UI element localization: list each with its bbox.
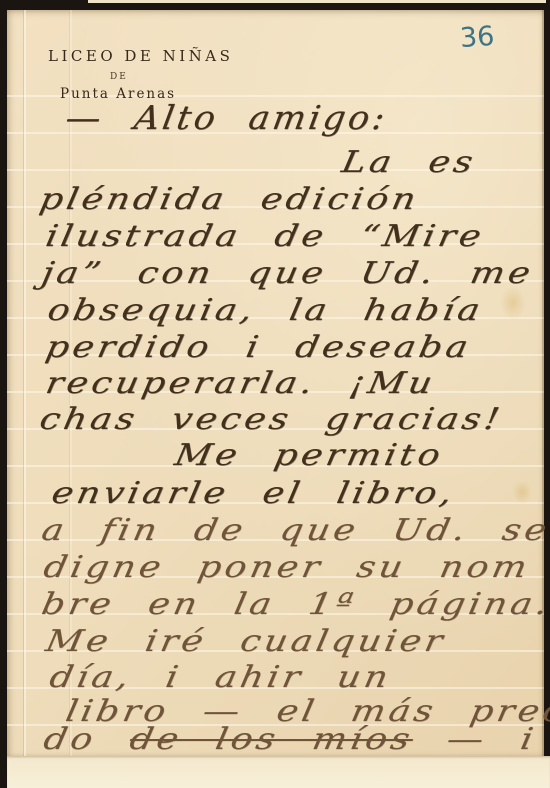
- scanned-letter: LICEO DE NIÑAS DE Punta Arenas 36 — Alto…: [0, 0, 550, 788]
- handwritten-line: La es: [339, 145, 479, 180]
- scan-top-paper-sliver: [88, 0, 546, 3]
- sheet-right-edge: [542, 10, 544, 756]
- handwritten-line: chas veces gracias!: [37, 402, 506, 437]
- handwritten-line: — Alto amigo:: [63, 98, 391, 137]
- handwritten-line: Me permito: [172, 438, 447, 473]
- handwritten-line: a fin de que Ud. se: [39, 513, 550, 548]
- handwritten-line: ilustrada de “Mire: [43, 219, 488, 254]
- handwritten-line: obsequia, la había: [45, 293, 487, 328]
- handwritten-line: digne poner su nom: [41, 550, 534, 585]
- handwritten-line: recuperarla. ¡Mu: [43, 366, 439, 401]
- handwritten-line: bre en la 1ª página.: [39, 587, 550, 622]
- handwritten-line: día, i ahir un: [47, 660, 395, 695]
- handwritten-segment: — i: [410, 722, 540, 757]
- handwritten-line: pléndida edición: [37, 182, 422, 217]
- handwritten-line: enviarle el libro,: [49, 476, 459, 511]
- letterhead-title: LICEO DE NIÑAS: [48, 47, 233, 65]
- vertical-fold-crease: [24, 10, 26, 756]
- handwritten-segment: do: [41, 722, 134, 757]
- handwritten-line: do de los míos — i: [41, 722, 540, 757]
- letterhead-subtitle: DE: [110, 72, 128, 82]
- next-page-edge: [7, 756, 550, 788]
- handwritten-line: ja” con que Ud. me: [39, 256, 537, 291]
- archival-page-number: 36: [459, 21, 495, 54]
- handwritten-line: Me iré cualquier: [43, 624, 449, 659]
- handwritten-line: perdido i deseaba: [43, 330, 475, 365]
- struck-through-text: de los míos: [127, 722, 416, 757]
